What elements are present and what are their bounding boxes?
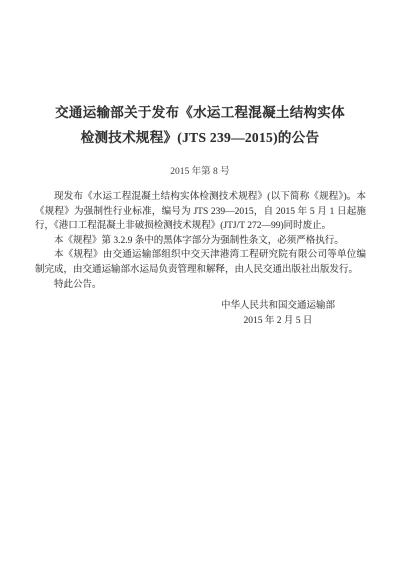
body-paragraph: 特此公告。 — [35, 278, 366, 293]
document-page: 交通运输部关于发布《水运工程混凝土结构实体 检测技术规程》(JTS 239—20… — [0, 0, 400, 565]
announcement-title-line1: 交通运输部关于发布《水运工程混凝土结构实体 — [28, 100, 372, 125]
signature-date: 2015 年 2 月 5 日 — [221, 314, 335, 329]
announcement-title-line2: 检测技术规程》(JTS 239—2015)的公告 — [28, 125, 372, 150]
doc-number: 2015 年第 8 号 — [0, 163, 400, 177]
body-paragraph: 现发布《水运工程混凝土结构实体检测技术规程》(以下简称《规程》)。本《规程》为强… — [35, 190, 366, 234]
signature-authority: 中华人民共和国交通运输部 — [221, 299, 335, 314]
body-paragraph: 本《规程》由交通运输部组织中交天津港湾工程研究院有限公司等单位编制完成，由交通运… — [35, 248, 366, 277]
signature-inner: 中华人民共和国交通运输部 2015 年 2 月 5 日 — [221, 299, 335, 329]
announcement-body: 现发布《水运工程混凝土结构实体检测技术规程》(以下简称《规程》)。本《规程》为强… — [35, 190, 366, 292]
body-paragraph: 本《规程》第 3.2.9 条中的黑体字部分为强制性条文，必须严格执行。 — [35, 234, 366, 249]
signature-block: 中华人民共和国交通运输部 2015 年 2 月 5 日 — [0, 299, 335, 329]
announcement-title: 交通运输部关于发布《水运工程混凝土结构实体 检测技术规程》(JTS 239—20… — [28, 100, 372, 150]
